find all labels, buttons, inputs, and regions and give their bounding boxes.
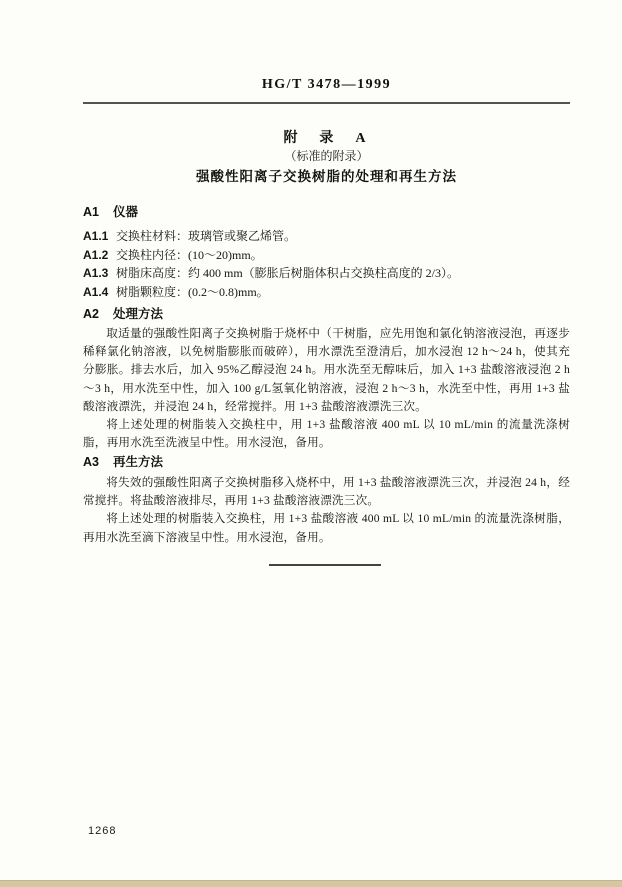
section-a2-body: 取适量的强酸性阳离子交换树脂于烧杯中（干树脂，应先用饱和氯化钠溶液浸泡，再逐步稀… — [83, 325, 570, 452]
section-a2-number: A2 — [83, 307, 99, 321]
item-number: A1.4 — [83, 283, 116, 302]
item-number: A1.2 — [83, 246, 116, 265]
end-of-text-divider — [269, 564, 381, 566]
doc-code-header: HG/T 3478—1999 — [83, 77, 570, 93]
scan-edge-band — [0, 880, 622, 887]
appendix-subtitle: （标准的附录） — [83, 147, 570, 164]
section-a2-title: 处理方法 — [113, 307, 163, 321]
item-text: 交换柱内径：(10～20)mm。 — [116, 248, 263, 262]
section-a3-title: 再生方法 — [113, 455, 163, 469]
list-item: A1.3树脂床高度：约 400 mm（膨胀后树脂体积占交换柱高度的 2/3）。 — [83, 264, 570, 283]
document-page: HG/T 3478—1999 附 录 A （标准的附录） 强酸性阳离子交换树脂的… — [0, 0, 622, 887]
section-a3-heading: A3再生方法 — [83, 452, 570, 470]
header-rule — [83, 102, 570, 104]
appendix-title: 附 录 A — [83, 127, 570, 147]
list-item: A1.4树脂颗粒度：(0.2～0.8)mm。 — [83, 283, 570, 302]
item-text: 树脂床高度：约 400 mm（膨胀后树脂体积占交换柱高度的 2/3）。 — [116, 266, 459, 280]
section-a1-heading: A1仪器 — [83, 202, 570, 220]
paragraph: 将上述处理的树脂装入交换柱中，用 1+3 盐酸溶液 400 mL 以 10 mL… — [83, 416, 570, 452]
section-a1-title: 仪器 — [113, 205, 138, 219]
section-a1-number: A1 — [83, 205, 99, 219]
section-a3-number: A3 — [83, 455, 99, 469]
paragraph: 将上述处理的树脂装入交换柱，用 1+3 盐酸溶液 400 mL 以 10 mL/… — [83, 510, 570, 546]
paragraph: 将失效的强酸性阳离子交换树脂移入烧杯中，用 1+3 盐酸溶液漂洗三次，并浸泡 2… — [83, 474, 570, 510]
item-number: A1.1 — [83, 227, 116, 246]
item-text: 交换柱材料：玻璃管或聚乙烯管。 — [116, 229, 296, 243]
item-text: 树脂颗粒度：(0.2～0.8)mm。 — [116, 285, 269, 299]
appendix-name: 强酸性阳离子交换树脂的处理和再生方法 — [83, 165, 570, 185]
list-item: A1.1交换柱材料：玻璃管或聚乙烯管。 — [83, 227, 570, 246]
page-number: 1268 — [88, 825, 116, 837]
section-a1-items: A1.1交换柱材料：玻璃管或聚乙烯管。 A1.2交换柱内径：(10～20)mm。… — [83, 227, 570, 301]
section-a3-body: 将失效的强酸性阳离子交换树脂移入烧杯中，用 1+3 盐酸溶液漂洗三次，并浸泡 2… — [83, 474, 570, 547]
item-number: A1.3 — [83, 264, 116, 283]
list-item: A1.2交换柱内径：(10～20)mm。 — [83, 246, 570, 265]
paragraph: 取适量的强酸性阳离子交换树脂于烧杯中（干树脂，应先用饱和氯化钠溶液浸泡，再逐步稀… — [83, 325, 570, 416]
section-a2-heading: A2处理方法 — [83, 304, 570, 322]
